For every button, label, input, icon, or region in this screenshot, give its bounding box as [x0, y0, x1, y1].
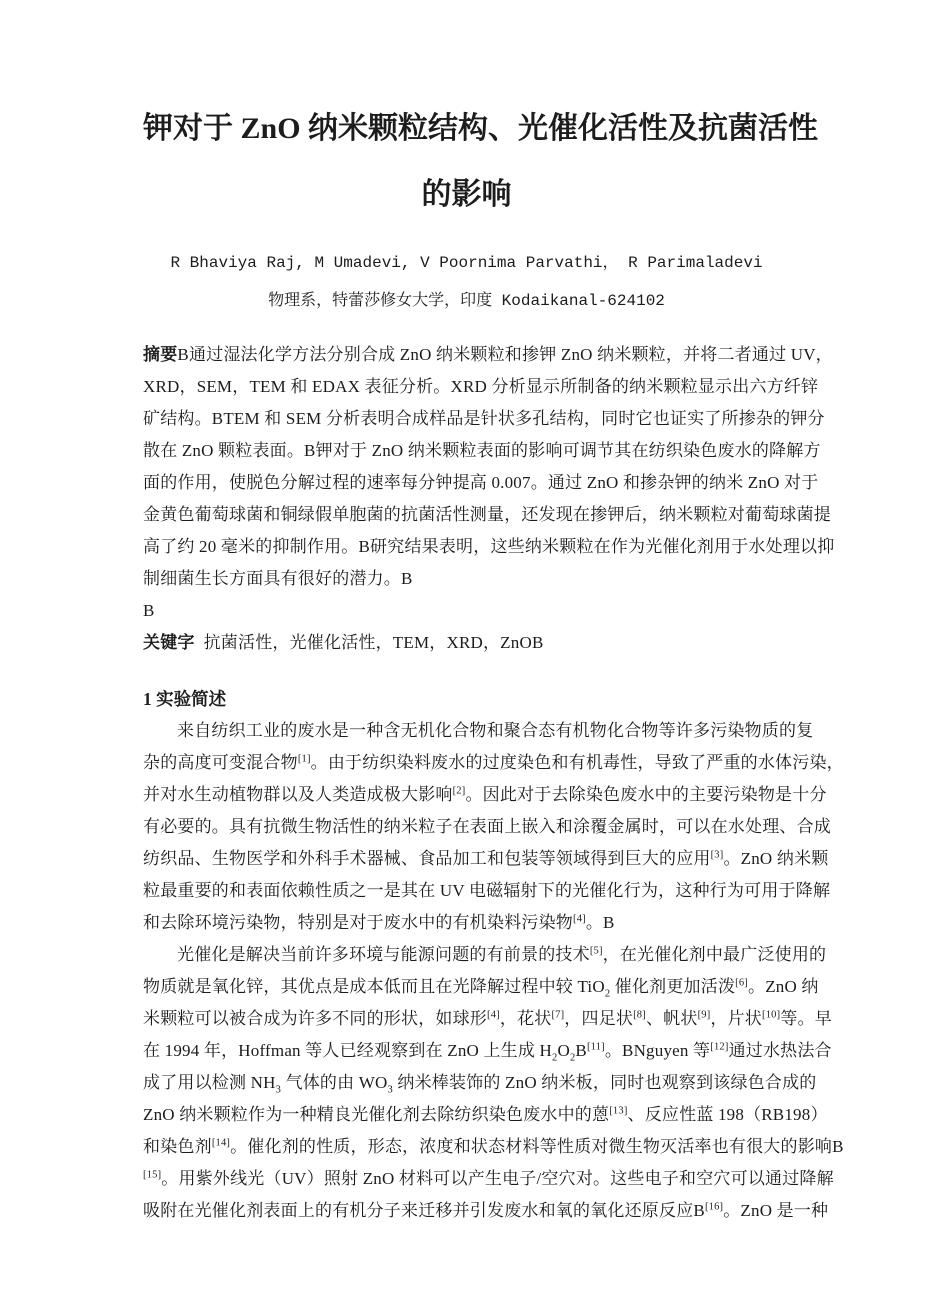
body-line: 有必要的。具有抗微生物活性的纳米粒子在表面上嵌入和涂覆金属时，可以在水处理、合成 — [143, 811, 790, 843]
body-line: ZnO 纳米颗粒作为一种精良光催化剂去除纺织染色废水中的蒽[13]、反应性蓝 1… — [143, 1099, 790, 1131]
section-1-heading: 1 实验简述 — [143, 683, 790, 715]
section-1-paragraph-1: 来自纺织工业的废水是一种含无机化合物和聚合态有机物化合物等许多污染物质的复 杂的… — [143, 715, 790, 939]
abstract-line: 制细菌生长方面具有很好的潜力。B — [143, 563, 790, 595]
abstract-line: 散在 ZnO 颗粒表面。B钾对于 ZnO 纳米颗粒表面的影响可调节其在纺织染色废… — [143, 435, 790, 467]
section-1-paragraph-2: 光催化是解决当前许多环境与能源问题的有前景的技术[5]，在光催化剂中最广泛使用的… — [143, 939, 790, 1227]
abstract-text: B通过湿法化学方法分别合成 ZnO 纳米颗粒和掺钾 ZnO 纳米颗粒，并将二者通… — [177, 345, 832, 364]
abstract-line: 摘要B通过湿法化学方法分别合成 ZnO 纳米颗粒和掺钾 ZnO 纳米颗粒，并将二… — [143, 339, 790, 371]
paper-title-line-2: 的影响 — [143, 162, 790, 228]
body-line: 粒最重要的和表面依赖性质之一是其在 UV 电磁辐射下的光催化行为，这种行为可用于… — [143, 875, 790, 907]
paper-title-line-1: 钾对于 ZnO 纳米颗粒结构、光催化活性及抗菌活性 — [143, 96, 790, 162]
affiliation: 物理系，特蕾莎修女大学，印度 Kodaikanal-624102 — [143, 289, 790, 313]
keywords-text: 抗菌活性，光催化活性，TEM，XRD，ZnOB — [204, 633, 544, 652]
body-line: 和去除环境污染物，特别是对于废水中的有机染料污染物[4]。B — [143, 907, 790, 939]
abstract-line: 矿结构。BTEM 和 SEM 分析表明合成样品是针状多孔结构，同时它也证实了所掺… — [143, 403, 790, 435]
body-line: 和染色剂[14]。催化剂的性质，形态，浓度和状态材料等性质对微生物灭活率也有很大… — [143, 1131, 790, 1163]
abstract-line: XRD，SEM，TEM 和 EDAX 表征分析。XRD 分析显示所制备的纳米颗粒… — [143, 371, 790, 403]
body-line: 在 1994 年，Hoffman 等人已经观察到在 ZnO 上生成 H2O2B[… — [143, 1035, 790, 1067]
body-line: 光催化是解决当前许多环境与能源问题的有前景的技术[5]，在光催化剂中最广泛使用的 — [143, 939, 790, 971]
body-line: 杂的高度可变混合物[1]。由于纺织染料废水的过度染色和有机毒性，导致了严重的水体… — [143, 747, 790, 779]
abstract-label: 摘要 — [143, 345, 177, 364]
body-line: [15]。用紫外线光（UV）照射 ZnO 材料可以产生电子/空穴对。这些电子和空… — [143, 1163, 790, 1195]
body-line: 纺织品、生物医学和外科手术器械、食品加工和包装等领域得到巨大的应用[3]。ZnO… — [143, 843, 790, 875]
abstract-line: 面的作用，使脱色分解过程的速率每分钟提高 0.007。通过 ZnO 和掺杂钾的纳… — [143, 467, 790, 499]
body-line: 来自纺织工业的废水是一种含无机化合物和聚合态有机物化合物等许多污染物质的复 — [143, 715, 790, 747]
keywords-label: 关键字 — [143, 633, 195, 652]
body-line: 吸附在光催化剂表面上的有机分子来迁移并引发废水和氧的氧化还原反应B[16]。Zn… — [143, 1195, 790, 1227]
abstract-line: 金黄色葡萄球菌和铜绿假单胞菌的抗菌活性测量，还发现在掺钾后，纳米颗粒对葡萄球菌提 — [143, 499, 790, 531]
body-line: 物质就是氧化锌，其优点是成本低而且在光降解过程中较 TiO2 催化剂更加活泼[6… — [143, 971, 790, 1003]
spacer-line: B — [143, 595, 790, 627]
abstract-block: 摘要B通过湿法化学方法分别合成 ZnO 纳米颗粒和掺钾 ZnO 纳米颗粒，并将二… — [143, 339, 790, 659]
body-line: 米颗粒可以被合成为许多不同的形状，如球形[4]，花状[7]，四足状[8]、帆状[… — [143, 1003, 790, 1035]
abstract-line: 高了约 20 毫米的抑制作用。B研究结果表明，这些纳米颗粒在作为光催化剂用于水处… — [143, 531, 790, 563]
authors: R Bhaviya Raj, M Umadevi, V Poornima Par… — [143, 252, 790, 274]
keywords-line: 关键字抗菌活性，光催化活性，TEM，XRD，ZnOB — [143, 627, 790, 659]
body-line: 并对水生动植物群以及人类造成极大影响[2]。因此对于去除染色废水中的主要污染物是… — [143, 779, 790, 811]
body-line: 成了用以检测 NH3 气体的由 WO3 纳米棒装饰的 ZnO 纳米板，同时也观察… — [143, 1067, 790, 1099]
paper-title: 钾对于 ZnO 纳米颗粒结构、光催化活性及抗菌活性 的影响 — [143, 96, 790, 228]
document-page: 钾对于 ZnO 纳米颗粒结构、光催化活性及抗菌活性 的影响 R Bhaviya … — [0, 0, 925, 1309]
